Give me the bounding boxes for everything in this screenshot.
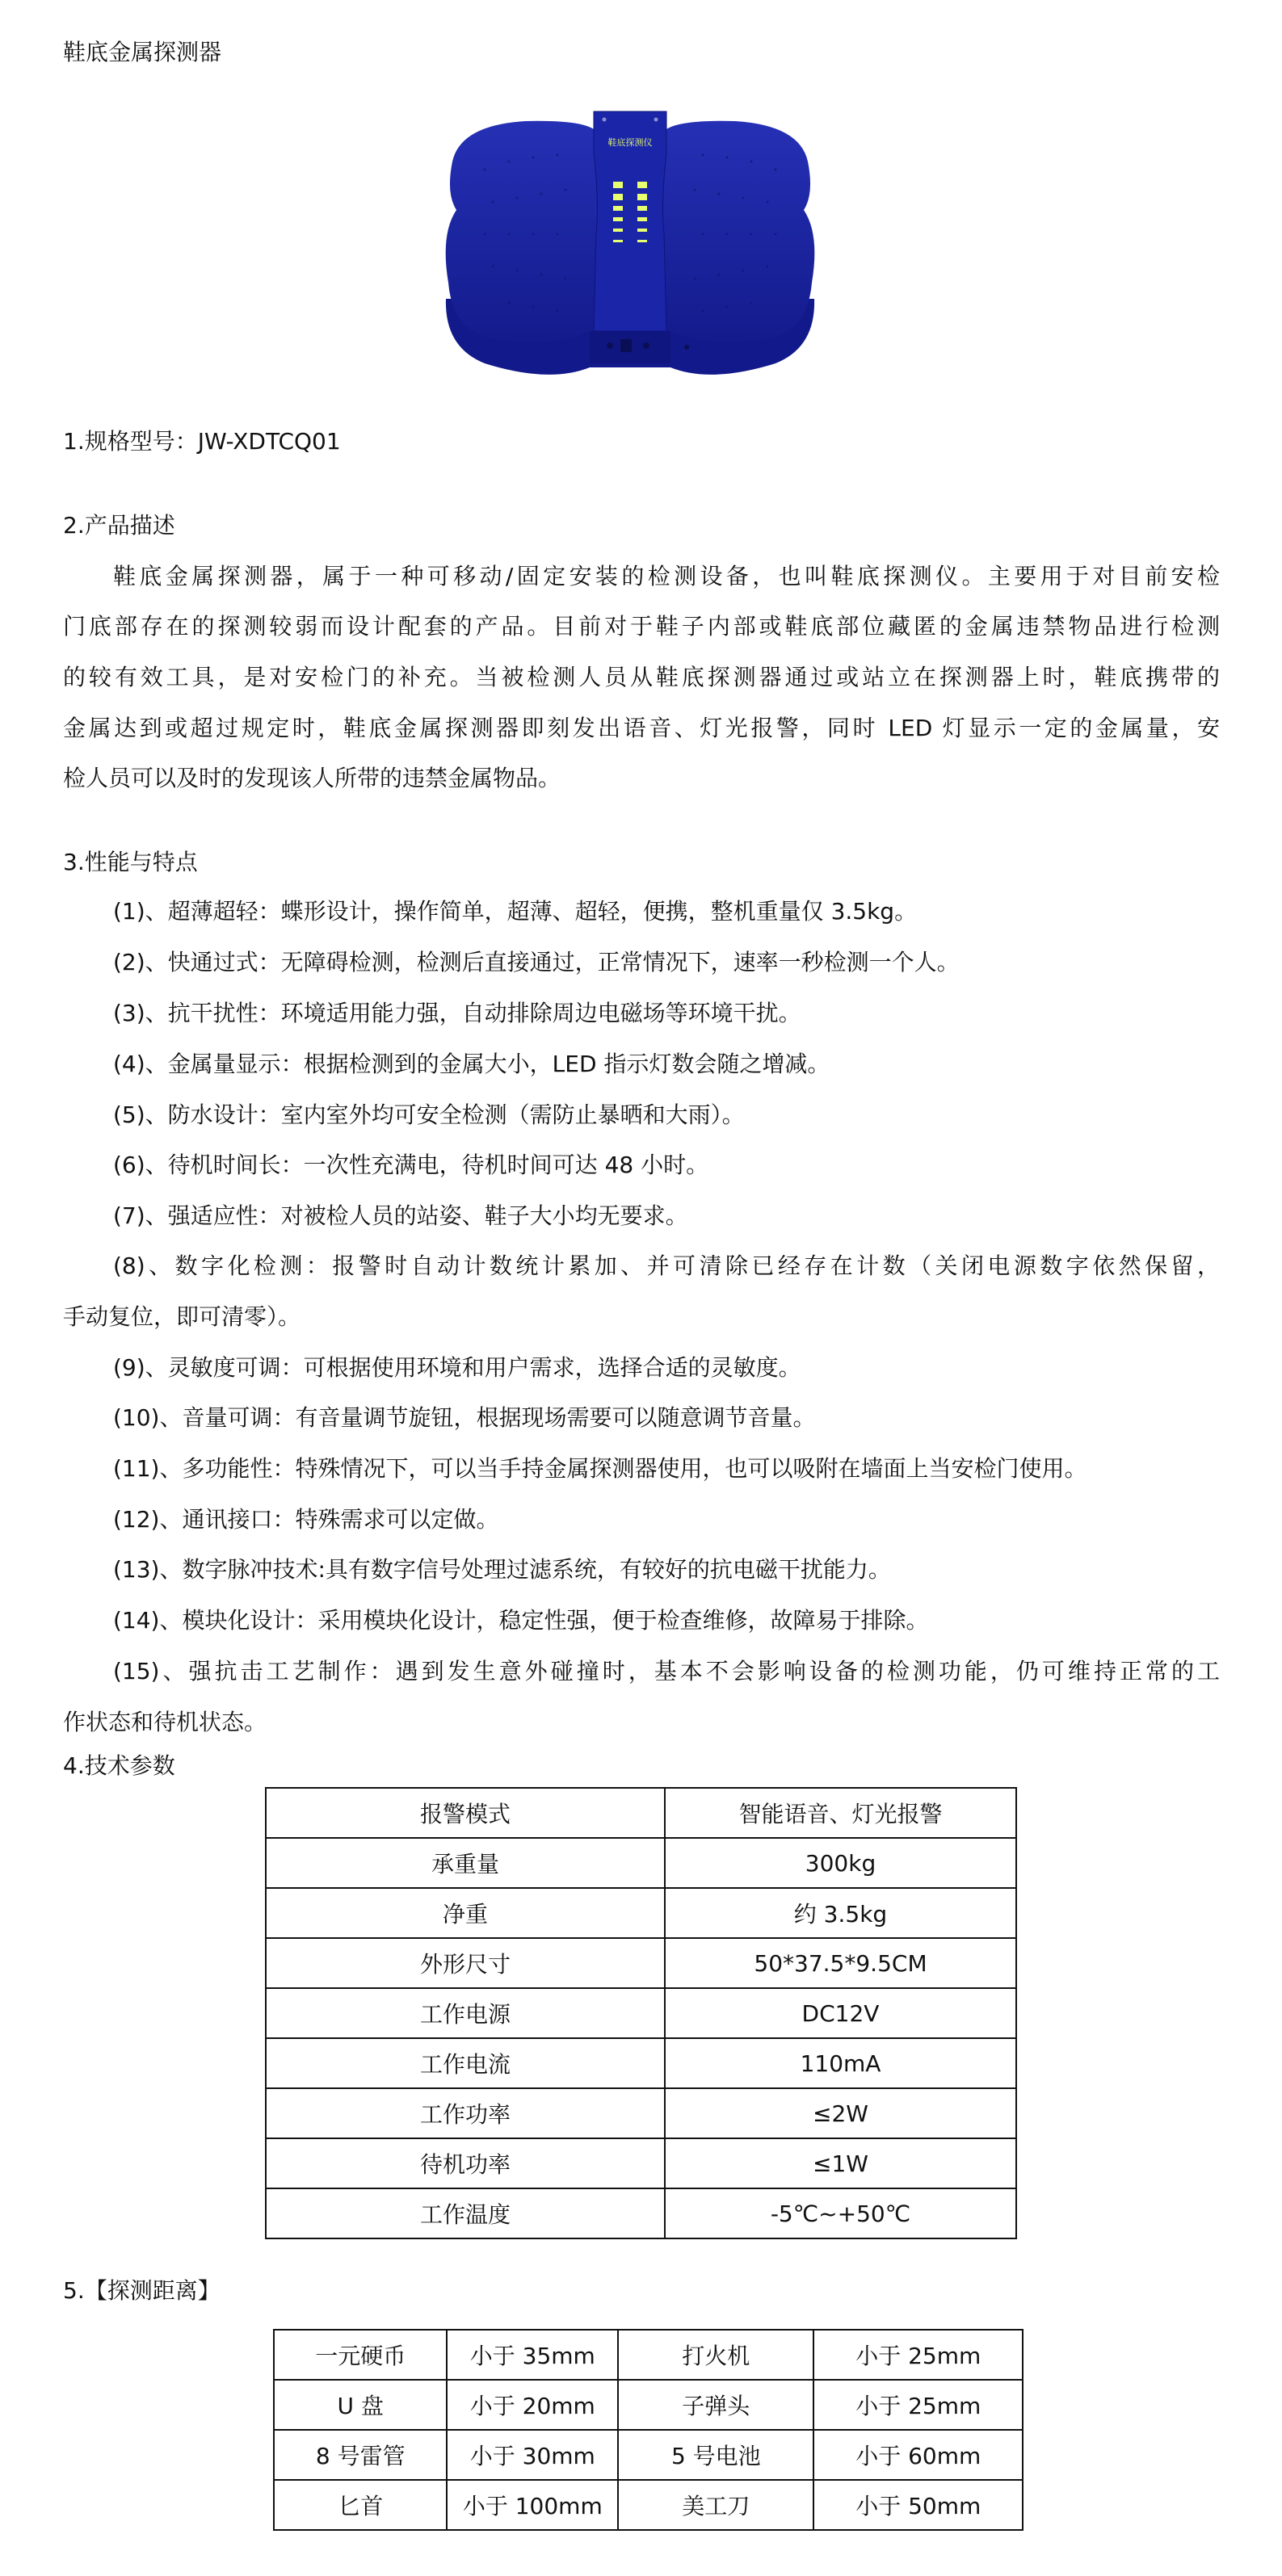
table-row: 一元硬币 小于 35mm 打火机 小于 25mm bbox=[274, 2330, 1023, 2380]
table-row: 外形尺寸50*37.5*9.5CM bbox=[266, 1938, 1016, 1988]
spec-key: 工作功率 bbox=[266, 2088, 665, 2138]
spec-value: 110mA bbox=[665, 2038, 1016, 2088]
item-distance: 小于 35mm bbox=[447, 2330, 618, 2380]
description-line: 的较有效工具，是对安检门的补充。当被检测人员从鞋底探测器通过或站立在探测器上时，… bbox=[63, 663, 1220, 692]
table-row: 工作功率≤2W bbox=[266, 2088, 1016, 2138]
spec-value: -5℃~+50℃ bbox=[665, 2188, 1016, 2238]
feature-item: (14)、模块化设计：采用模块化设计，稳定性强，便于检查维修，故障易于排除。 bbox=[113, 1606, 928, 1635]
table-row: 承重量300kg bbox=[266, 1838, 1016, 1888]
table-row: 8 号雷管 小于 30mm 5 号电池 小于 60mm bbox=[274, 2430, 1023, 2480]
feature-item: (1)、超薄超轻：蝶形设计，操作简单，超薄、超轻，便携，整机重量仅 3.5kg。 bbox=[113, 897, 917, 926]
table-row: 净重约 3.5kg bbox=[266, 1888, 1016, 1938]
feature-item: (3)、抗干扰性：环境适用能力强，自动排除周边电磁场等环境干扰。 bbox=[113, 999, 801, 1028]
table-row: 待机功率≤1W bbox=[266, 2138, 1016, 2188]
item-name: 一元硬币 bbox=[274, 2330, 447, 2380]
spec-value: ≤2W bbox=[665, 2088, 1016, 2138]
feature-item: (4)、金属量显示：根据检测到的金属大小，LED 指示灯数会随之增减。 bbox=[113, 1050, 830, 1079]
item-name: 美工刀 bbox=[618, 2480, 813, 2530]
product-image: 鞋底探测仪 bbox=[428, 105, 832, 384]
spec-value: DC12V bbox=[665, 1988, 1016, 2038]
page-title: 鞋底金属探测器 bbox=[63, 38, 221, 67]
item-distance: 小于 25mm bbox=[813, 2380, 1023, 2430]
distance-heading: 5.【探测距离】 bbox=[63, 2276, 221, 2305]
feature-item-continued: 作状态和待机状态。 bbox=[63, 1708, 267, 1737]
item-distance: 小于 100mm bbox=[447, 2480, 618, 2530]
feature-item: (8)、数字化检测：报警时自动计数统计累加、并可清除已经存在计数（关闭电源数字依… bbox=[113, 1252, 1220, 1281]
description-line: 鞋底金属探测器，属于一种可移动/固定安装的检测设备，也叫鞋底探测仪。主要用于对目… bbox=[113, 562, 1220, 591]
feature-item: (9)、灵敏度可调：可根据使用环境和用户需求，选择合适的灵敏度。 bbox=[113, 1353, 801, 1382]
detection-distance-table: 一元硬币 小于 35mm 打火机 小于 25mm U 盘 小于 20mm 子弹头… bbox=[273, 2329, 1023, 2531]
feature-item: (15)、强抗击工艺制作：遇到发生意外碰撞时，基本不会影响设备的检测功能，仍可维… bbox=[113, 1657, 1220, 1686]
item-name: 5 号电池 bbox=[618, 2430, 813, 2480]
feature-item: (12)、通讯接口：特殊需求可以定做。 bbox=[113, 1505, 498, 1534]
table-row: 工作温度-5℃~+50℃ bbox=[266, 2188, 1016, 2238]
item-distance: 小于 50mm bbox=[813, 2480, 1023, 2530]
model-number: 1.规格型号：JW-XDTCQ01 bbox=[63, 427, 341, 456]
spec-value: 智能语音、灯光报警 bbox=[665, 1788, 1016, 1838]
feature-item-continued: 手动复位，即可清零）。 bbox=[63, 1303, 301, 1332]
item-distance: 小于 25mm bbox=[813, 2330, 1023, 2380]
item-name: 打火机 bbox=[618, 2330, 813, 2380]
spec-value: 约 3.5kg bbox=[665, 1888, 1016, 1938]
specs-table: 报警模式智能语音、灯光报警 承重量300kg 净重约 3.5kg 外形尺寸50*… bbox=[265, 1787, 1017, 2239]
spec-key: 外形尺寸 bbox=[266, 1938, 665, 1988]
description-heading: 2.产品描述 bbox=[63, 511, 175, 540]
item-distance: 小于 60mm bbox=[813, 2430, 1023, 2480]
item-distance: 小于 30mm bbox=[447, 2430, 618, 2480]
item-distance: 小于 20mm bbox=[447, 2380, 618, 2430]
table-row: 工作电源DC12V bbox=[266, 1988, 1016, 2038]
feature-item: (11)、多功能性：特殊情况下，可以当手持金属探测器使用，也可以吸附在墙面上当安… bbox=[113, 1454, 1087, 1483]
feature-item: (7)、强适应性：对被检人员的站姿、鞋子大小均无要求。 bbox=[113, 1202, 688, 1231]
spec-value: 50*37.5*9.5CM bbox=[665, 1938, 1016, 1988]
spec-key: 待机功率 bbox=[266, 2138, 665, 2188]
spec-value: ≤1W bbox=[665, 2138, 1016, 2188]
item-name: 子弹头 bbox=[618, 2380, 813, 2430]
svg-text:鞋底探测仪: 鞋底探测仪 bbox=[608, 136, 653, 148]
features-heading: 3.性能与特点 bbox=[63, 848, 198, 877]
item-name: 8 号雷管 bbox=[274, 2430, 447, 2480]
item-name: 匕首 bbox=[274, 2480, 447, 2530]
specs-heading: 4.技术参数 bbox=[63, 1752, 175, 1781]
spec-key: 净重 bbox=[266, 1888, 665, 1938]
table-row: 工作电流110mA bbox=[266, 2038, 1016, 2088]
shoe-scanner-illustration: 鞋底探测仪 bbox=[428, 105, 832, 384]
spec-key: 承重量 bbox=[266, 1838, 665, 1888]
feature-item: (13)、数字脉冲技术:具有数字信号处理过滤系统，有较好的抗电磁干扰能力。 bbox=[113, 1555, 891, 1584]
table-row: 报警模式智能语音、灯光报警 bbox=[266, 1788, 1016, 1838]
feature-item: (6)、待机时间长：一次性充满电，待机时间可达 48 小时。 bbox=[113, 1151, 708, 1180]
feature-item: (10)、音量可调：有音量调节旋钮，根据现场需要可以随意调节音量。 bbox=[113, 1403, 815, 1433]
feature-item: (5)、防水设计：室内室外均可安全检测（需防止暴晒和大雨）。 bbox=[113, 1101, 745, 1130]
spec-key: 工作电源 bbox=[266, 1988, 665, 2038]
item-name: U 盘 bbox=[274, 2380, 447, 2430]
table-row: 匕首 小于 100mm 美工刀 小于 50mm bbox=[274, 2480, 1023, 2530]
spec-key: 工作电流 bbox=[266, 2038, 665, 2088]
spec-value: 300kg bbox=[665, 1838, 1016, 1888]
feature-item: (2)、快通过式：无障碍检测，检测后直接通过，正常情况下，速率一秒检测一个人。 bbox=[113, 948, 960, 977]
description-line: 门底部存在的探测较弱而设计配套的产品。目前对于鞋子内部或鞋底部位藏匿的金属违禁物… bbox=[63, 612, 1220, 641]
description-line: 检人员可以及时的发现该人所带的违禁金属物品。 bbox=[63, 764, 561, 793]
spec-key: 报警模式 bbox=[266, 1788, 665, 1838]
description-line: 金属达到或超过规定时，鞋底金属探测器即刻发出语音、灯光报警，同时 LED 灯显示… bbox=[63, 714, 1220, 743]
spec-key: 工作温度 bbox=[266, 2188, 665, 2238]
table-row: U 盘 小于 20mm 子弹头 小于 25mm bbox=[274, 2380, 1023, 2430]
